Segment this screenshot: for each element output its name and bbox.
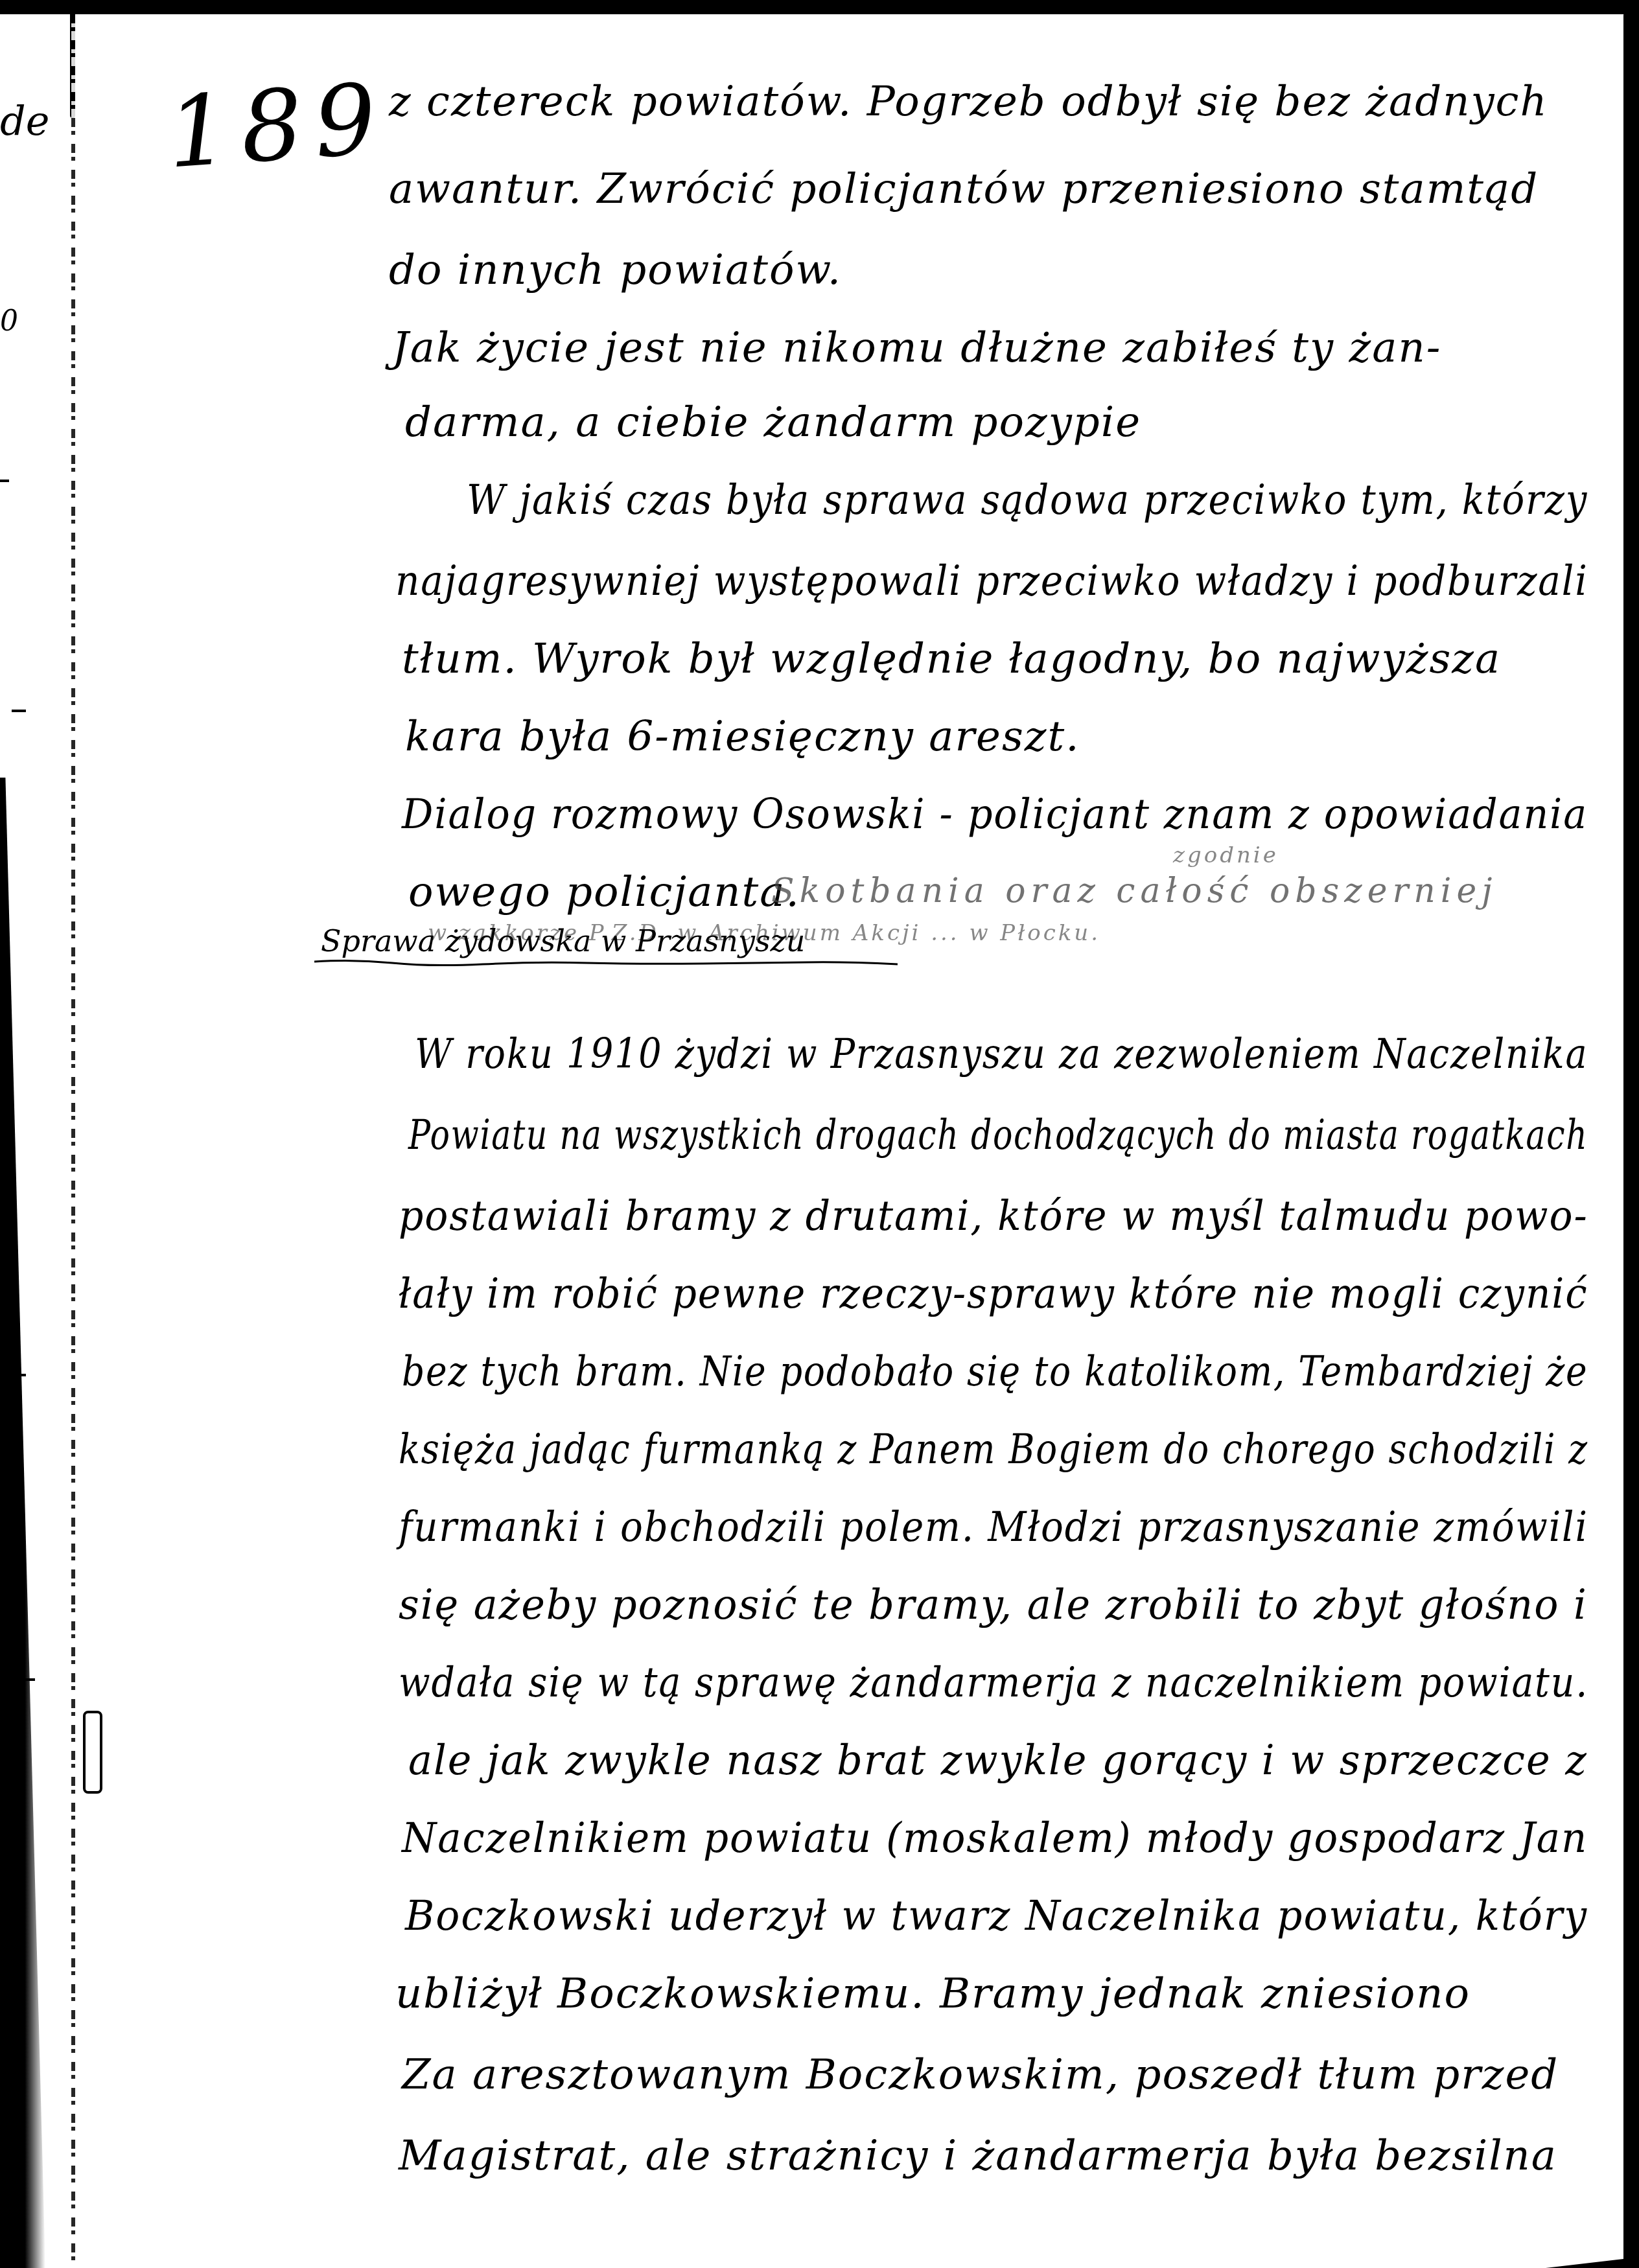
faint-annotation: zgodnie [1173,842,1279,868]
page-number: 189 [163,62,391,190]
scanned-page: de 0 189 z cztereck powiatów. Pogrzeb od… [0,0,1639,2268]
heading-underline [314,958,898,968]
text-line: Naczelnikiem powiatu (moskalem) młody go… [402,1814,1588,1862]
text-line: W jakiś czas była sprawa sądowa przeciwk… [467,476,1588,524]
text-line: ubliżył Boczkowskiemu. Bramy jednak znie… [395,1970,1470,2018]
text-line: kara była 6-miesięczny areszt. [405,713,1080,761]
text-line: owego policjanta. [408,868,800,916]
text-line: z cztereck powiatów. Pogrzeb odbył się b… [389,78,1548,126]
text-line: ale jak zwykle nasz brat zwykle gorący i… [408,1737,1588,1785]
text-line: Jak życie jest nie nikomu dłużne zabiłeś… [392,324,1441,372]
text-line: Powiatu na wszystkich drogach dochodzący… [408,1111,1588,1159]
text-line: do innych powiatów. [389,246,842,294]
text-line: postawiali bramy z drutami, które w myśl… [399,1192,1588,1240]
adjacent-page-fragment: de [0,97,49,145]
text-line: W roku 1910 żydzi w Przasnyszu za zezwol… [415,1030,1588,1078]
text-line: Za aresztowanym Boczkowskim, poszedł tłu… [402,2051,1559,2099]
text-line: najagresywniej występowali przeciwko wła… [395,557,1588,605]
staple-mark [83,1711,102,1794]
text-line: się ażeby poznosić te bramy, ale zrobili… [399,1581,1588,1629]
margin-mark [0,480,9,482]
text-line: łały im robić pewne rzeczy-sprawy które … [399,1270,1588,1318]
text-line: darma, a ciebie żandarm pozypie [405,399,1141,446]
text-line: księża jadąc furmanką z Panem Bogiem do … [399,1426,1588,1474]
text-line: tłum. Wyrok był względnie łagodny, bo na… [402,635,1501,683]
text-line: wdała się w tą sprawę żandarmerja z nacz… [399,1659,1588,1707]
margin-mark [14,1374,26,1376]
text-line: awantur. Zwrócić policjantów przeniesion… [389,165,1539,213]
adjacent-page-edge [0,778,45,2268]
scan-right-border [1623,0,1639,2268]
adjacent-page-fragment: 0 [0,305,18,338]
text-line: Dialog rozmowy Osowski - policjant znam … [402,791,1588,839]
margin-mark [12,710,26,712]
margin-mark [25,1678,35,1681]
faint-annotation: Skotbania oraz całość obszerniej [771,872,1497,910]
scan-bottom-corner [1546,2259,1623,2268]
text-line: Boczkowski uderzył w twarz Naczelnika po… [405,1892,1588,1940]
section-heading: Sprawa żydowska w Przasnyszu [321,923,805,958]
binding-line [71,14,75,2268]
text-line: furmanki i obchodzili polem. Młodzi prza… [399,1503,1588,1551]
text-line: Magistrat, ale strażnicy i żandarmerja b… [399,2132,1557,2180]
text-line: bez tych bram. Nie podobało się to katol… [402,1348,1588,1396]
scan-top-border [0,0,1639,14]
